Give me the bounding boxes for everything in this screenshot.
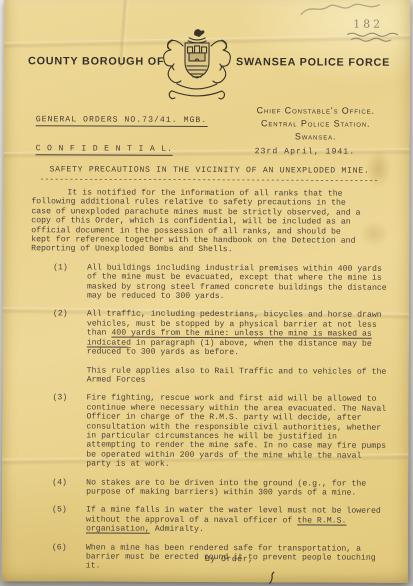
confidential-label: C O N F I D E N T I A L. [36, 144, 173, 156]
ink-mark [265, 571, 279, 584]
item-number: (3) [30, 394, 86, 469]
document-paper: 182 COUNTY BOROUGH OF [2, 0, 411, 583]
item-number: (2) [31, 310, 87, 385]
rule-item-2: (2) All traffic, including pedestrians, … [31, 310, 393, 386]
item-number: (5) [30, 506, 86, 534]
item-text: All traffic, including pedestrians, bicy… [87, 310, 390, 386]
rule-item-3: (3) Fire fighting, rescue work and first… [30, 394, 392, 471]
letterhead-station-line: Central Police Station. [230, 117, 402, 131]
item-2-note: This rule applies also to Rail Traffic a… [87, 366, 390, 386]
document-body: It is notified for the information of al… [30, 188, 394, 581]
item-number: (4) [30, 478, 86, 497]
intro-paragraph: It is notified for the information of al… [31, 188, 365, 255]
page-number-annotation: 182 [353, 18, 383, 31]
item-text: Fire fighting, rescue work and first aid… [86, 394, 389, 471]
letterhead-town-line: Swansea. [230, 130, 402, 144]
letterhead-office-line: Chief Constable's Office. [230, 104, 402, 118]
letterhead-block: Chief Constable's Office. Central Police… [230, 104, 402, 144]
rule-item-5: (5) If a mine falls in water the water l… [30, 506, 392, 536]
item-text-segment: Admiralty. [150, 525, 204, 534]
item-text: All buildings including industrial premi… [87, 263, 390, 302]
item-number: (1) [31, 263, 87, 301]
masthead-left-title: COUNTY BOROUGH OF [28, 55, 164, 68]
photo-background: 182 COUNTY BOROUGH OF [0, 0, 413, 586]
item-number: (6) [30, 543, 86, 571]
swansea-coat-of-arms [160, 24, 234, 106]
date-line: 23rd April, 1941. [255, 147, 356, 157]
masthead-right-title: SWANSEA POLICE FORCE [236, 56, 390, 69]
handwritten-scribble [298, 0, 384, 18]
item-text: If a mine falls in water the water level… [86, 506, 389, 536]
orders-reference: GENERAL ORDERS NO.73/41. MGB. [36, 115, 208, 127]
wavy-underline [346, 32, 402, 43]
title-underline-dashes: ----------------------------------------… [39, 175, 377, 186]
rule-item-4: (4) No stakes are to be driven into the … [30, 478, 392, 498]
item-text: No stakes are to be driven into the grou… [86, 478, 389, 498]
rule-item-1: (1) All buildings including industrial p… [31, 263, 393, 302]
closing-by-order: By Order, [205, 555, 254, 565]
